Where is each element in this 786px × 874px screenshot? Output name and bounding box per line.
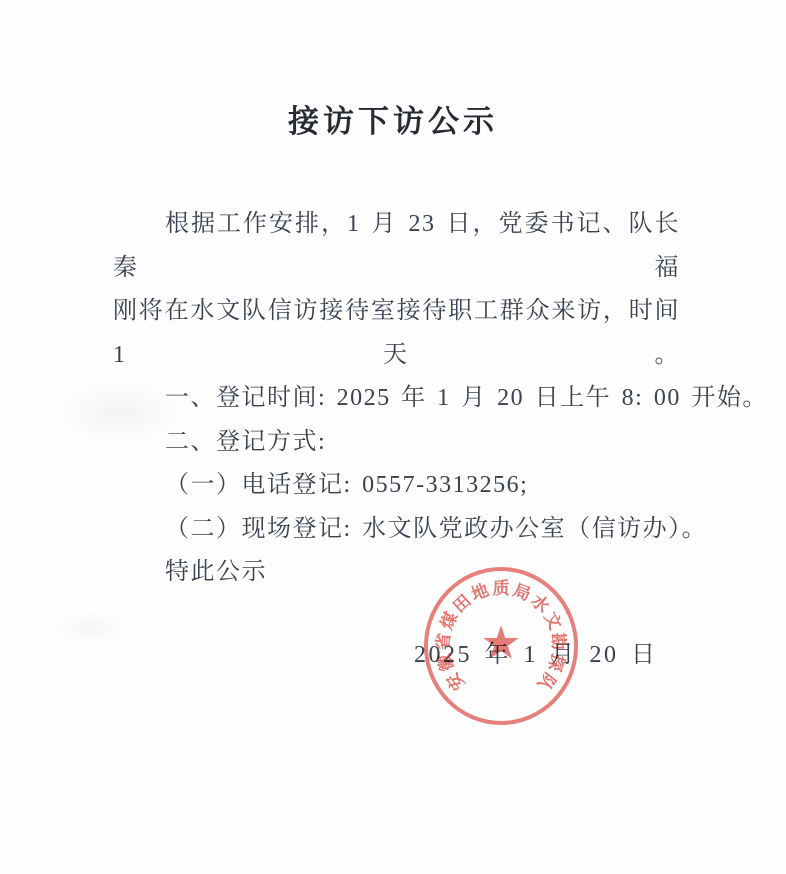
body-line: 刚将在水文队信访接待室接待职工群众来访，时间 1 天。 (113, 290, 680, 377)
seal-char: 质 (491, 579, 511, 599)
body-line: 根据工作安排，1 月 23 日，党委书记、队长秦福 (113, 203, 680, 290)
body-line: （二）现场登记: 水文队党政办公室（信访办）。 (113, 508, 680, 552)
body-line: （一）电话登记: 0557-3313256; (113, 464, 680, 508)
seal-char: 省 (433, 631, 455, 653)
document-page: 接访下访公示 根据工作安排，1 月 23 日，党委书记、队长秦福 刚将在水文队信… (0, 0, 786, 874)
scan-smudge (52, 610, 130, 646)
body-line: 特此公示 (113, 551, 680, 595)
body-line: 二、登记方式: (113, 421, 680, 465)
seal-arc-text: 安徽省煤田地质局水文勘探队 (424, 567, 578, 725)
official-seal: ★ 安徽省煤田地质局水文勘探队 (424, 567, 578, 725)
notice-title: 接访下访公示 (0, 96, 786, 141)
notice-body: 根据工作安排，1 月 23 日，党委书记、队长秦福 刚将在水文队信访接待室接待职… (113, 203, 680, 595)
seal-char: 勘 (547, 631, 569, 653)
body-line: 一、登记时间: 2025 年 1 月 20 日上午 8: 00 开始。 (113, 377, 680, 421)
